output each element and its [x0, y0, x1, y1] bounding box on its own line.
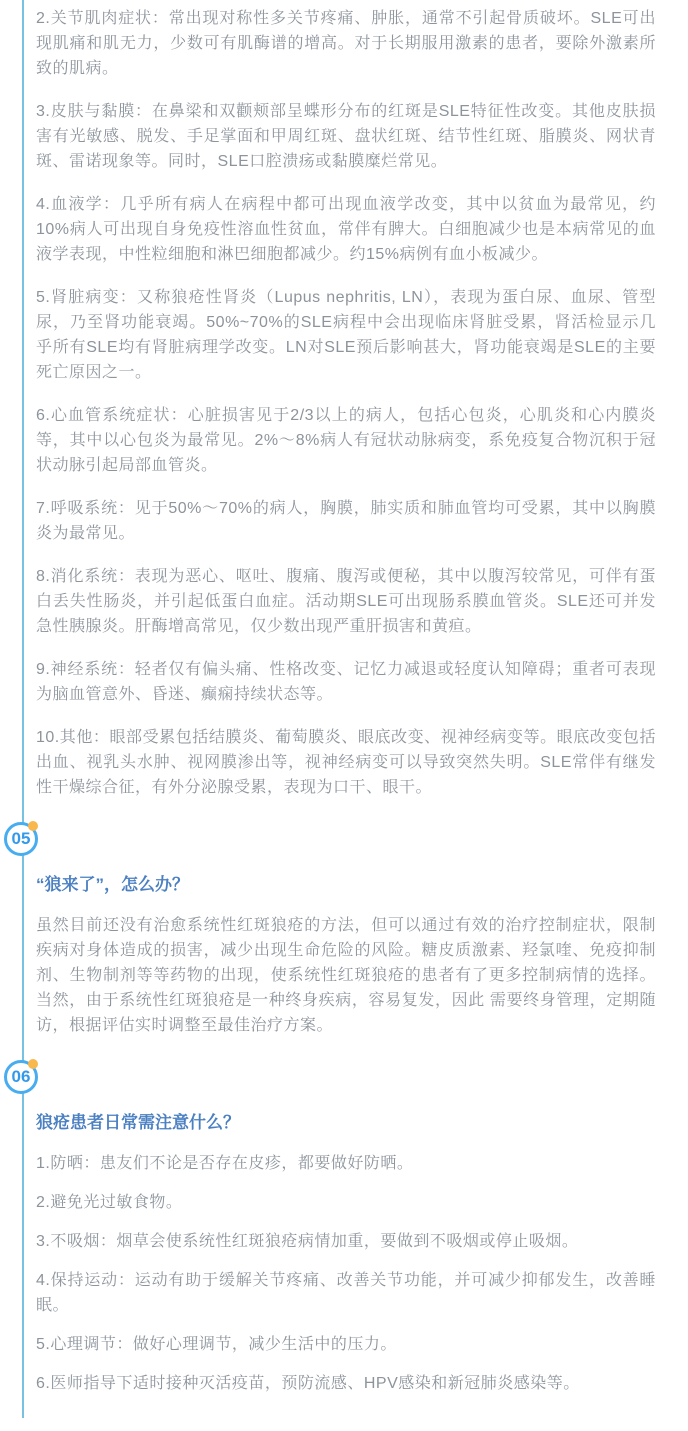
section-paragraph: 1.防晒：患友们不论是否存在皮疹，都要做好防晒。: [36, 1151, 656, 1176]
section-number: 06: [12, 1067, 31, 1087]
section-paragraph: 2.避免光过敏食物。: [36, 1190, 656, 1215]
symptom-paragraph: 3.皮肤与黏膜：在鼻梁和双颧颊部呈蝶形分布的红斑是SLE特征性改变。其他皮肤损害…: [36, 99, 656, 174]
section-number: 05: [12, 829, 31, 849]
section-title: 狼疮患者日常需注意什么？: [36, 1110, 656, 1135]
article-content: 2.关节肌肉症状：常出现对称性多关节疼痛、肿胀，通常不引起骨质破坏。SLE可出现…: [0, 0, 688, 1396]
symptom-paragraph: 5.肾脏病变：又称狼疮性肾炎（Lupus nephritis, LN），表现为蛋…: [36, 285, 656, 385]
section-paragraph: 虽然目前还没有治愈系统性红斑狼疮的方法，但可以通过有效的治疗控制症状，限制疾病对…: [36, 913, 656, 1038]
section-paragraph: 5.心理调节：做好心理调节，减少生活中的压力。: [36, 1332, 656, 1357]
section-paragraph: 3.不吸烟：烟草会使系统性红斑狼疮病情加重，要做到不吸烟或停止吸烟。: [36, 1229, 656, 1254]
symptom-paragraph: 9.神经系统：轻者仅有偏头痛、性格改变、记忆力减退或轻度认知障碍；重者可表现为脑…: [36, 657, 656, 707]
symptom-paragraph: 8.消化系统：表现为恶心、呕吐、腹痛、腹泻或便秘，其中以腹泻较常见，可伴有蛋白丢…: [36, 564, 656, 639]
symptom-paragraph-list: 2.关节肌肉症状：常出现对称性多关节疼痛、肿胀，通常不引起骨质破坏。SLE可出现…: [36, 6, 656, 800]
section-number-badge: 06: [4, 1060, 38, 1094]
section-05: 05“狼来了”，怎么办？虽然目前还没有治愈系统性红斑狼疮的方法，但可以通过有效的…: [36, 822, 656, 1038]
section-06: 06狼疮患者日常需注意什么？1.防晒：患友们不论是否存在皮疹，都要做好防晒。2.…: [36, 1060, 656, 1396]
badge-accent-dot-icon: [28, 821, 38, 831]
symptom-paragraph: 2.关节肌肉症状：常出现对称性多关节疼痛、肿胀，通常不引起骨质破坏。SLE可出现…: [36, 6, 656, 81]
symptom-paragraph: 6.心血管系统症状：心脏损害见于2/3以上的病人，包括心包炎，心肌炎和心内膜炎等…: [36, 403, 656, 478]
section-paragraph: 6.医师指导下适时接种灭活疫苗，预防流感、HPV感染和新冠肺炎感染等。: [36, 1371, 656, 1396]
section-title: “狼来了”，怎么办？: [36, 872, 656, 897]
symptom-paragraph: 10.其他：眼部受累包括结膜炎、葡萄膜炎、眼底改变、视神经病变等。眼底改变包括出…: [36, 725, 656, 800]
symptom-paragraph: 7.呼吸系统：见于50%～70%的病人，胸膜，肺实质和肺血管均可受累，其中以胸膜…: [36, 496, 656, 546]
badge-accent-dot-icon: [28, 1059, 38, 1069]
section-paragraph: 4.保持运动：运动有助于缓解关节疼痛、改善关节功能，并可减少抑郁发生，改善睡眠。: [36, 1268, 656, 1318]
numbered-section-list: 05“狼来了”，怎么办？虽然目前还没有治愈系统性红斑狼疮的方法，但可以通过有效的…: [36, 822, 656, 1396]
symptom-paragraph: 4.血液学：几乎所有病人在病程中都可出现血液学改变，其中以贫血为最常见，约10%…: [36, 192, 656, 267]
section-number-badge: 05: [4, 822, 38, 856]
